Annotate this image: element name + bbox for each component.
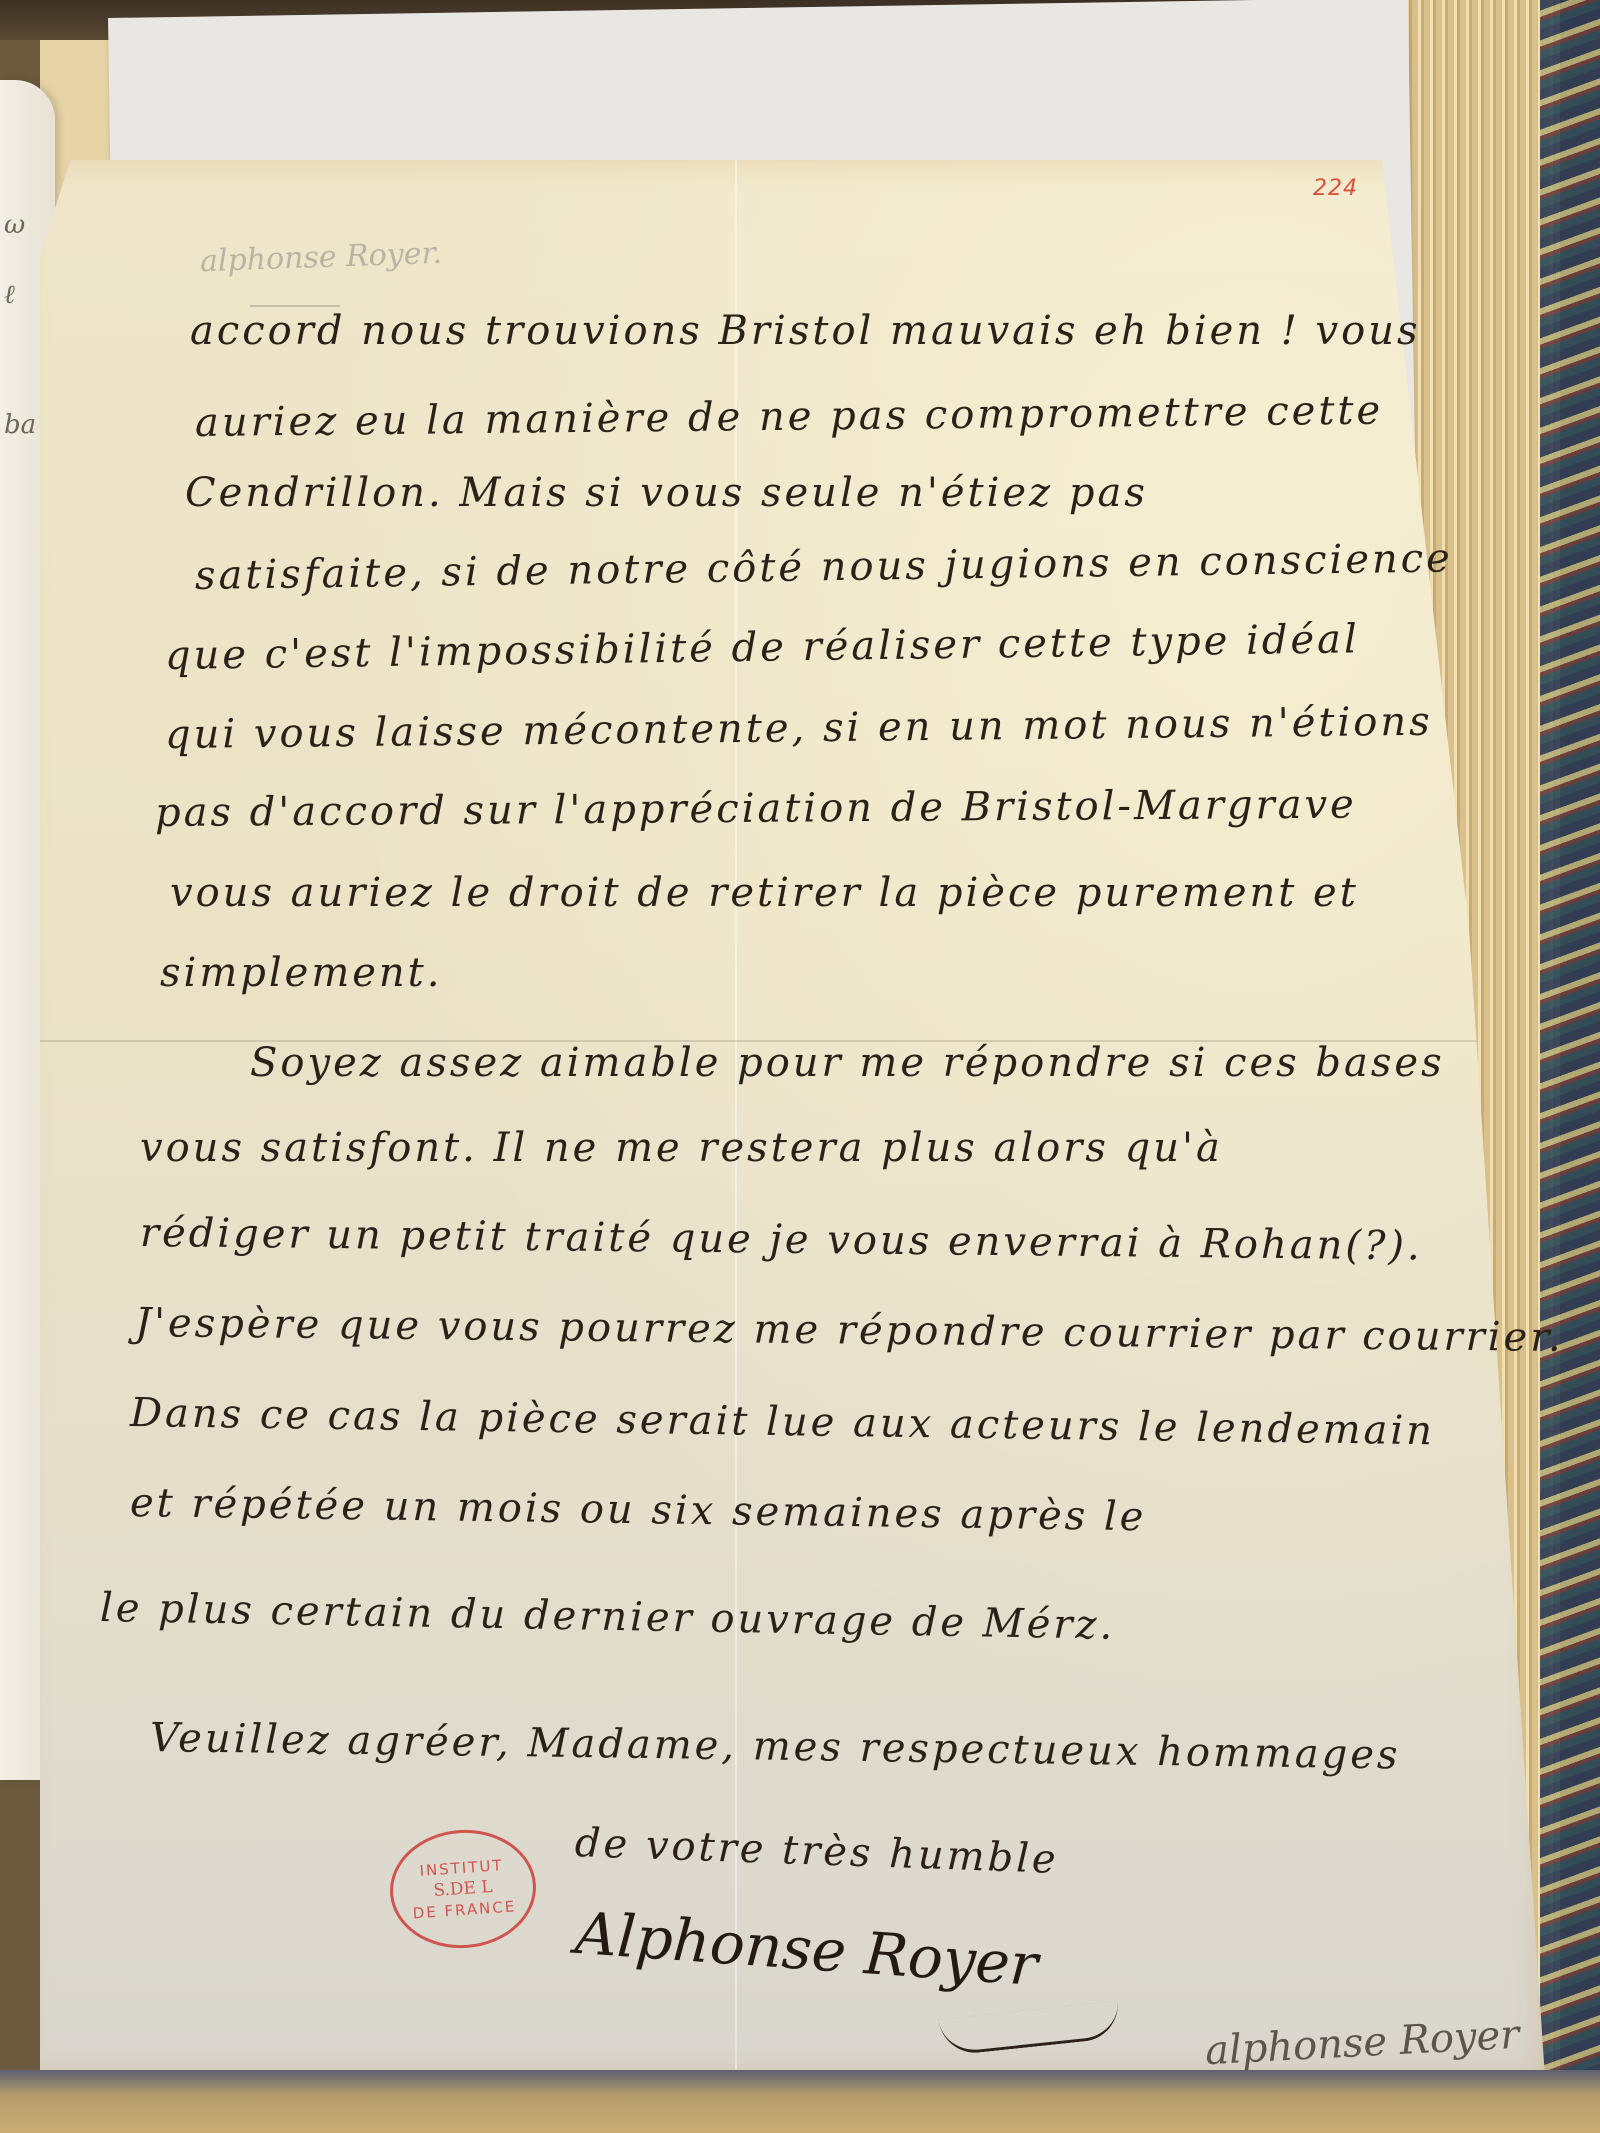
stamp-middle-text: S.DE L — [433, 1877, 493, 1901]
letter-line: Cendrillon. Mais si vous seule n'étiez p… — [185, 470, 1148, 516]
vertical-fold-crease — [735, 160, 737, 2075]
left-page-fragment: ℓ — [4, 280, 15, 310]
left-page-fragment: ba — [4, 410, 36, 440]
handwritten-letter — [40, 160, 1560, 2075]
letter-line: accord nous trouvions Bristol mauvais eh… — [190, 308, 1421, 354]
letter-line: Soyez assez aimable pour me répondre si … — [250, 1040, 1445, 1086]
letter-line: pas d'accord sur l'appréciation de Brist… — [155, 782, 1357, 836]
letter-line: vous auriez le droit de retirer la pièce… — [170, 870, 1359, 916]
letter-line: vous satisfont. Il ne me restera plus al… — [140, 1125, 1223, 1171]
left-page-fragment: ω — [4, 210, 25, 240]
archive-photo-scene: ω ℓ ba 224 alphonse Royer. accord nous t… — [0, 0, 1600, 2133]
stamp-bottom-text: DE FRANCE — [412, 1897, 517, 1922]
marbled-cover — [1540, 0, 1600, 2133]
album-bottom-edge — [0, 2070, 1600, 2133]
folio-number: 224 — [1313, 176, 1358, 201]
letter-line: simplement. — [160, 950, 442, 996]
pencil-underline — [250, 305, 340, 307]
